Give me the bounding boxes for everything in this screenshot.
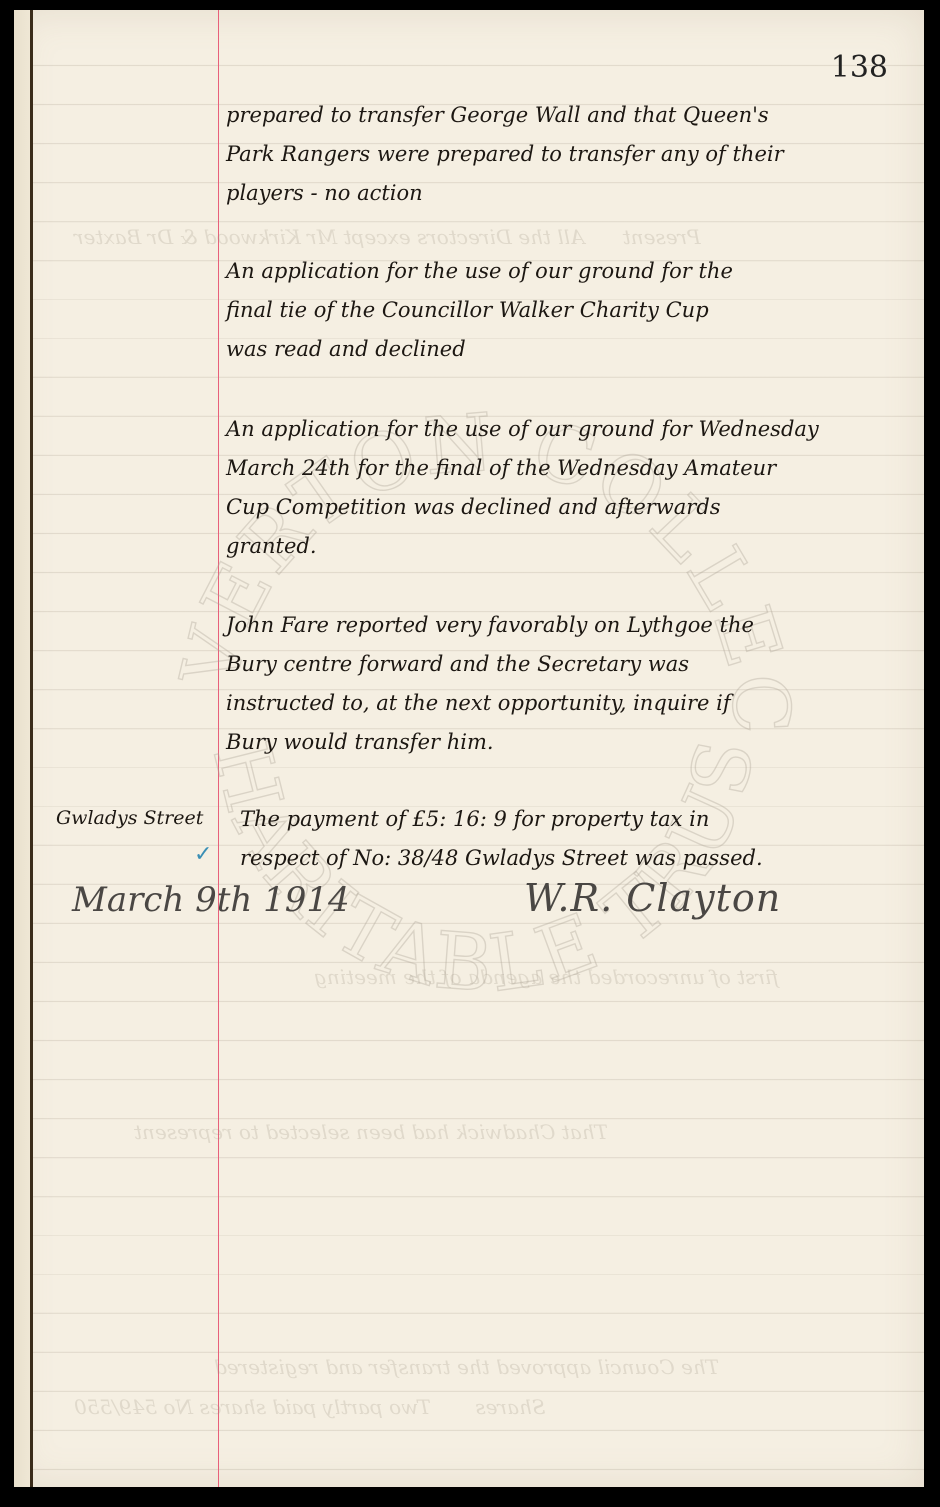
entry-line: final tie of the Councillor Walker Chari…: [226, 291, 733, 330]
entry-line: Cup Competition was declined and afterwa…: [226, 488, 819, 527]
minute-entry-amateur-cup: An application for the use of our ground…: [226, 410, 819, 566]
ledger-page: Present All the Directors except Mr Kirk…: [14, 10, 924, 1487]
margin-note: Gwladys Street: [56, 807, 203, 829]
signoff-date: March 9th 1914: [72, 880, 350, 920]
entry-line: Park Rangers were prepared to transfer a…: [226, 135, 784, 174]
minute-entry-property-tax: The payment of £5: 16: 9 for property ta…: [240, 800, 763, 878]
entry-line: An application for the use of our ground…: [226, 410, 819, 449]
minute-entry-transfer: prepared to transfer George Wall and tha…: [226, 96, 784, 213]
bleed-through-text: That Chadwick had been selected to repre…: [134, 1120, 608, 1144]
entry-line: John Fare reported very favorably on Lyt…: [226, 606, 754, 645]
entry-line: prepared to transfer George Wall and tha…: [226, 96, 784, 135]
bleed-through-text: The Council approved the transfer and re…: [214, 1355, 719, 1379]
entry-line: Bury would transfer him.: [226, 723, 754, 762]
entry-line: instructed to, at the next opportunity, …: [226, 684, 754, 723]
chairman-signature: W.R. Clayton: [524, 876, 781, 920]
binding-line: [30, 10, 33, 1487]
binding-edge: [14, 10, 30, 1487]
entry-line: respect of No: 38/48 Gwladys Street was …: [240, 839, 763, 878]
entry-line: players - no action: [226, 174, 784, 213]
entry-line: was read and declined: [226, 330, 733, 369]
entry-line: An application for the use of our ground…: [226, 252, 733, 291]
bleed-through-text: first of unrecorded the agenda of the me…: [314, 965, 778, 989]
page-number: 138: [831, 50, 888, 85]
check-mark-icon: ✓: [194, 842, 212, 867]
entry-line: granted.: [226, 527, 819, 566]
minute-entry-lythgoe-report: John Fare reported very favorably on Lyt…: [226, 606, 754, 762]
minute-entry-charity-cup: An application for the use of our ground…: [226, 252, 733, 369]
bleed-through-text: Present All the Directors except Mr Kirk…: [74, 225, 701, 249]
bleed-through-text: Shares Two partly paid shares No 549/550: [74, 1395, 546, 1419]
entry-line: The payment of £5: 16: 9 for property ta…: [240, 800, 763, 839]
entry-line: Bury centre forward and the Secretary wa…: [226, 645, 754, 684]
entry-line: March 24th for the final of the Wednesda…: [226, 449, 819, 488]
